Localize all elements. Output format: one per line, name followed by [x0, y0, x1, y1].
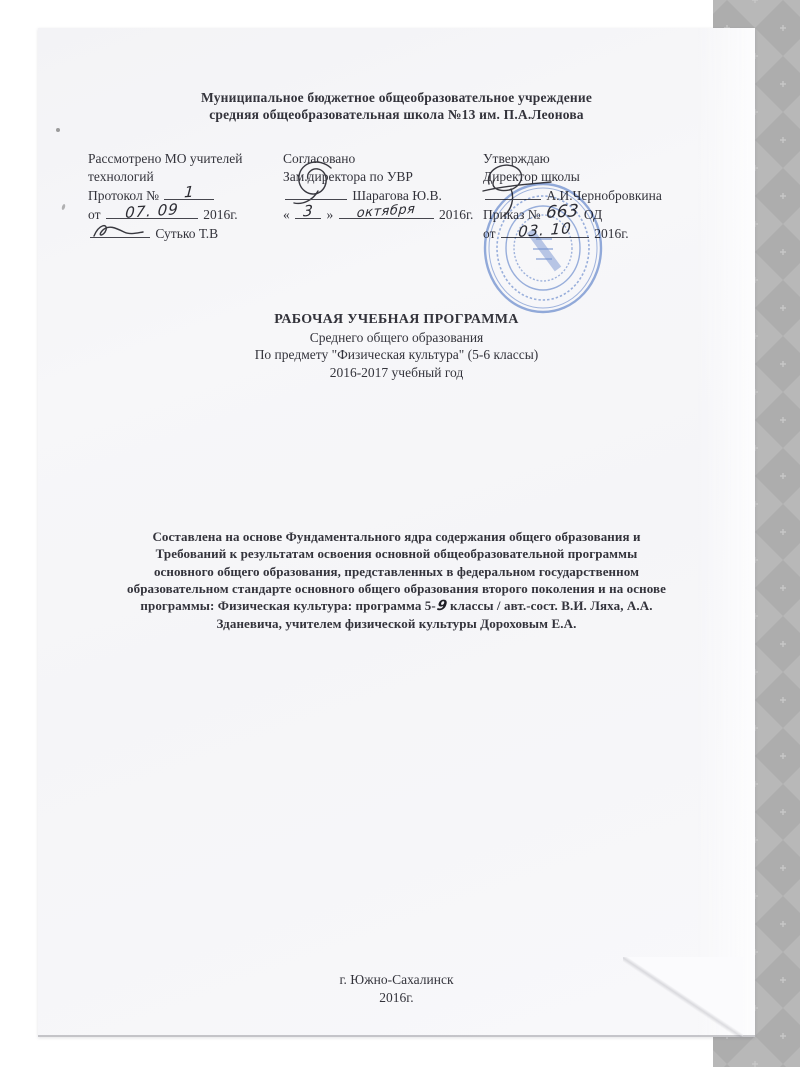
- description-line-1: Составлена на основе Фундаментального яд…: [38, 528, 755, 545]
- program-title: РАБОЧАЯ УЧЕБНАЯ ПРОГРАММА: [38, 311, 755, 329]
- reviewed-line-1: Рассмотрено МО учителей: [88, 150, 243, 168]
- agreed-day-handwritten: 3: [303, 202, 314, 221]
- agreed-month-handwritten: октября: [356, 201, 416, 223]
- reviewed-line-2: технологий: [88, 168, 243, 186]
- approval-block-reviewed: Рассмотрено МО учителей технологий Прото…: [88, 150, 243, 243]
- approval-block-agreed: Согласовано Зам.директора по УВР Шарагов…: [283, 150, 473, 224]
- protocol-number-handwritten: 1: [184, 183, 195, 202]
- from-label: от: [88, 207, 100, 222]
- document-page: Муниципальное бюджетное общеобразователь…: [38, 28, 755, 1037]
- reviewed-year: 2016г.: [203, 207, 237, 222]
- school-stamp-icon: [480, 179, 606, 317]
- description-line-4: образовательном стандарте основного обще…: [38, 580, 755, 597]
- signature-icon: [90, 221, 146, 241]
- agreed-role: Зам.директора по УВР: [283, 168, 473, 186]
- scan-speck: [56, 128, 60, 132]
- agreed-title: Согласовано: [283, 150, 473, 168]
- description-line-5-start: программы: Физическая культура: программ…: [140, 598, 435, 613]
- agreed-date-line: « 3 » октября 2016г.: [283, 205, 473, 224]
- reviewed-date-handwritten: 07. 09: [124, 200, 179, 222]
- description-line-3: основного общего образования, представле…: [38, 563, 755, 580]
- protocol-number-line: 1: [164, 186, 214, 200]
- agreed-month-underline: октября: [339, 205, 434, 219]
- document-header: Муниципальное бюджетное общеобразователь…: [38, 89, 755, 123]
- agreed-signature-underline: [285, 186, 347, 200]
- reviewed-signer: Сутько Т.В: [155, 226, 218, 241]
- quote-close: »: [327, 207, 334, 222]
- header-line-1: Муниципальное бюджетное общеобразователь…: [38, 89, 755, 106]
- agreed-signer: Шарагова Ю.В.: [352, 188, 442, 203]
- description-line-6: Зданевича, учителем физической культуры …: [38, 615, 755, 632]
- footer-city: г. Южно-Сахалинск: [38, 971, 755, 989]
- reviewed-date-line: от 07. 09 2016г.: [88, 205, 243, 224]
- description-paragraph: Составлена на основе Фундаментального яд…: [38, 528, 755, 633]
- header-line-2: средняя общеобразовательная школа №13 им…: [38, 106, 755, 123]
- agreed-day-underline: 3: [295, 205, 321, 219]
- title-block: РАБОЧАЯ УЧЕБНАЯ ПРОГРАММА Среднего общег…: [38, 311, 755, 381]
- description-line-2: Требований к результатам освоения основн…: [38, 545, 755, 562]
- protocol-label: Протокол №: [88, 188, 159, 203]
- program-subtitle-2: По предмету "Физическая культура" (5-6 к…: [38, 346, 755, 364]
- program-subtitle-3: 2016-2017 учебный год: [38, 364, 755, 382]
- description-line-5-end: классы / авт.-сост. В.И. Ляха, А.А.: [447, 598, 653, 613]
- document-footer: г. Южно-Сахалинск 2016г.: [38, 971, 755, 1007]
- approved-title: Утверждаю: [483, 150, 662, 168]
- reviewed-date-underline: 07. 09: [106, 205, 198, 219]
- reviewed-signature-line: Сутько Т.В: [88, 224, 243, 243]
- reviewed-signature-underline: [90, 224, 150, 238]
- program-subtitle-1: Среднего общего образования: [38, 329, 755, 347]
- scan-speck: [61, 204, 66, 211]
- quote-open: «: [283, 207, 290, 222]
- description-line-5: программы: Физическая культура: программ…: [38, 597, 755, 615]
- footer-year: 2016г.: [38, 989, 755, 1007]
- agreed-year: 2016г.: [439, 207, 473, 222]
